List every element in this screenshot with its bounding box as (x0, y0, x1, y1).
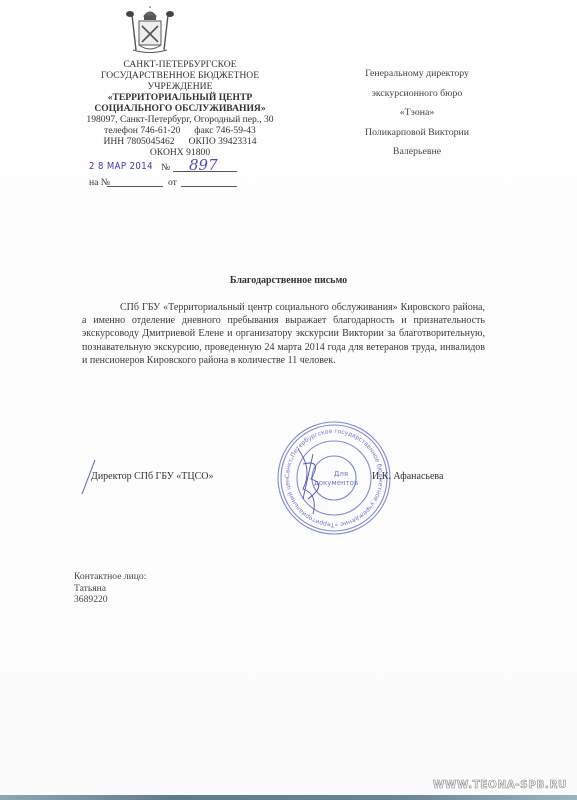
addressee-line: Поликарповой Виктории (338, 123, 496, 143)
number-label: № (161, 162, 170, 173)
contact-name: Татьяна (74, 583, 146, 595)
addressee-line: Валерьевне (338, 142, 496, 162)
org-line: САНКТ-ПЕТЕРБУРГСКОЕ (64, 59, 296, 70)
signatory-name: И.К. Афанасьева (372, 471, 443, 482)
org-okpo: ОКПО 39423314 (189, 136, 257, 147)
org-codes: ИНН 7805045462ОКПО 39423314 (64, 136, 296, 147)
signatory-position: Директор СПб ГБУ «ТЦСО» (91, 471, 214, 482)
org-name: «ТЕРРИТОРИАЛЬНЫЙ ЦЕНТР (64, 92, 296, 103)
handwritten-number: 897 (189, 156, 218, 174)
site-watermark: WWW.TEONA-SPB.RU (433, 779, 567, 791)
org-inn: ИНН 7805045462 (103, 136, 174, 147)
ref-number-underline (107, 186, 163, 187)
letter-body: СПб ГБУ «Территориальный центр социально… (82, 301, 485, 367)
org-okonh: ОКОНХ 91800 (64, 147, 296, 158)
outgoing-number-row: 2 8 MAP 2014 № 897 (89, 161, 269, 175)
org-line: УЧРЕЖДЕНИЕ (64, 81, 296, 92)
bottom-decorative-bar (0, 795, 577, 800)
seal-center-line-1: Для (334, 470, 348, 478)
letter-title: Благодарственное письмо (0, 275, 577, 286)
org-phone-fax: телефон 746-61-20факс 746-59-43 (64, 125, 296, 136)
addressee-line: Генеральному директору (338, 64, 496, 84)
addressee-line: «Тэона» (338, 103, 496, 123)
org-fax: факс 746-59-43 (194, 125, 256, 136)
org-line: ГОСУДАРСТВЕННОЕ БЮДЖЕТНОЕ (64, 70, 296, 81)
seal-center-line-2: документов (314, 479, 358, 487)
contact-phone: 3689220 (74, 594, 146, 606)
org-address: 198097, Санкт-Петербург, Огородный пер.,… (64, 114, 296, 125)
document-page: САНКТ-ПЕТЕРБУРГСКОЕ ГОСУДАРСТВЕННОЕ БЮДЖ… (0, 0, 577, 800)
date-stamp: 2 8 MAP 2014 (89, 161, 153, 172)
ref-date-underline (181, 186, 237, 187)
contact-block: Контактное лицо: Татьяна 3689220 (74, 571, 146, 606)
letter-body-text: СПб ГБУ «Территориальный центр социально… (82, 302, 485, 366)
org-name: СОЦИАЛЬНОГО ОБСЛУЖИВАНИЯ» (64, 103, 296, 114)
ref-date-label: от (168, 177, 177, 188)
organization-letterhead: САНКТ-ПЕТЕРБУРГСКОЕ ГОСУДАРСТВЕННОЕ БЮДЖ… (64, 59, 296, 158)
contact-label: Контактное лицо: (74, 571, 146, 583)
addressee-block: Генеральному директору экскурсионного бю… (338, 64, 496, 162)
org-phone: телефон 746-61-20 (104, 125, 180, 136)
st-petersburg-coat-of-arms-icon (122, 6, 178, 56)
addressee-line: экскурсионного бюро (338, 84, 496, 104)
reference-row: на № от (89, 177, 269, 191)
